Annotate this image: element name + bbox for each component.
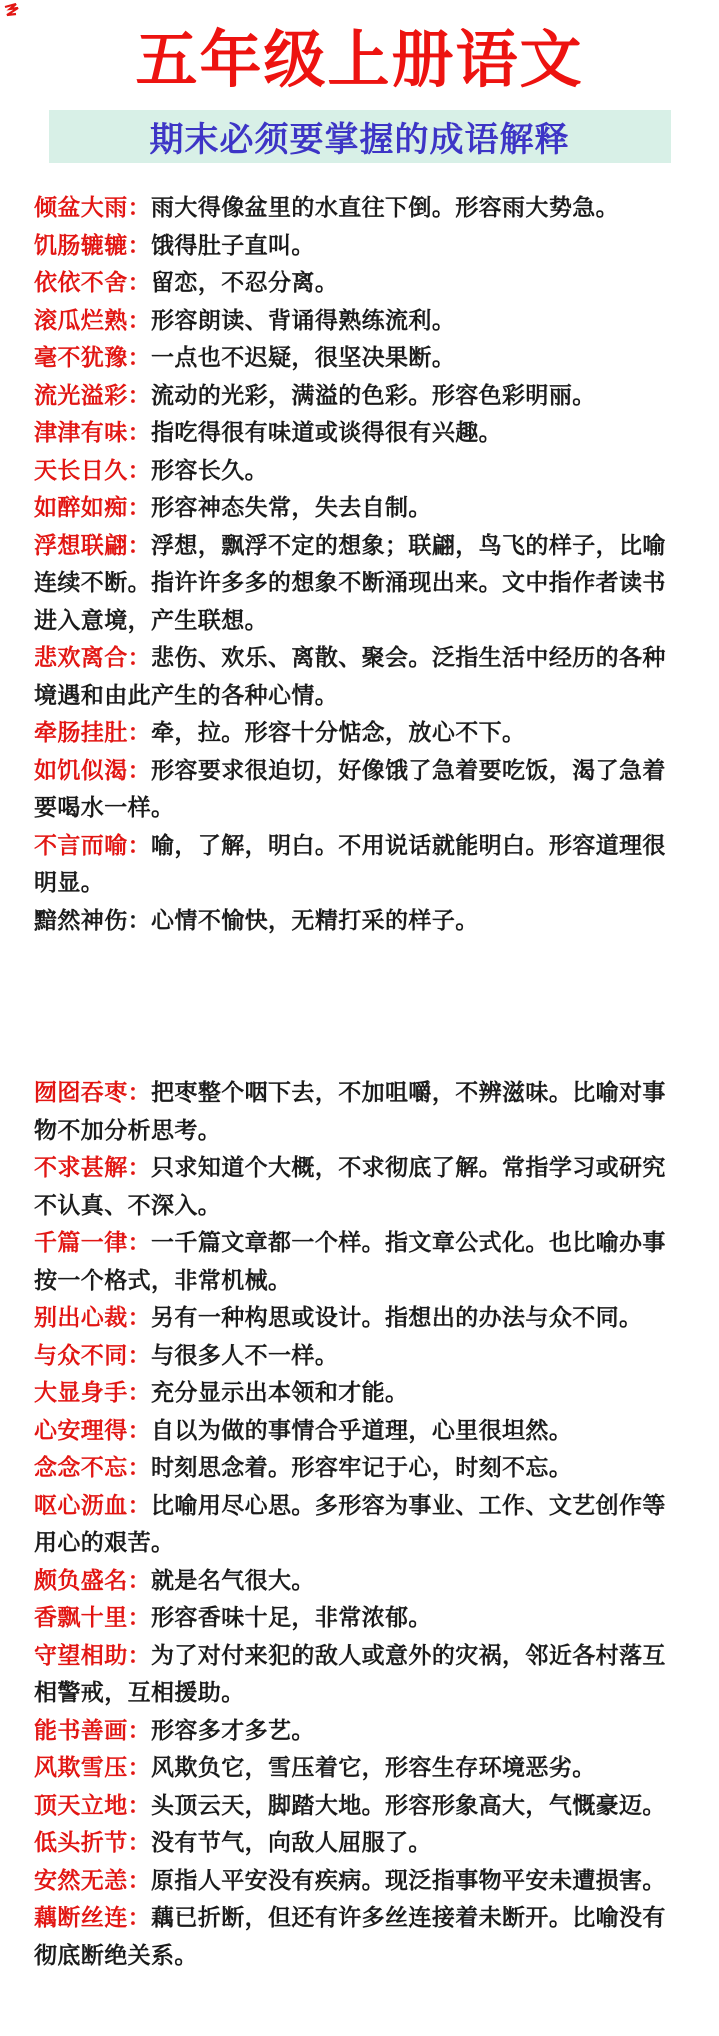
idiom-term-text: 千篇一律 — [34, 1229, 128, 1255]
idiom-term-text: 流光溢彩 — [34, 382, 128, 408]
idiom-definition: 另有一种构思或设计。指想出的办法与众不同。 — [151, 1304, 642, 1330]
idiom-term-colon: ： — [128, 1904, 151, 1930]
idiom-term-colon: ： — [128, 1567, 151, 1593]
idiom-definition: 与很多人不一样。 — [151, 1342, 338, 1368]
idiom-term: 滚瓜烂熟： — [34, 307, 151, 333]
idiom-term: 不言而喻： — [34, 832, 151, 858]
idiom-term-text: 滚瓜烂熟 — [34, 307, 128, 333]
idiom-term: 风欺雪压： — [34, 1754, 151, 1780]
idiom-term-text: 如醉如痴 — [34, 494, 128, 520]
idiom-definition: 充分显示出本领和才能。 — [151, 1379, 408, 1405]
idiom-term: 津津有味： — [34, 419, 151, 445]
idiom-term-colon: ： — [128, 1079, 151, 1105]
idiom-definition: 形容长久。 — [151, 457, 268, 483]
idiom-definition: 风欺负它，雪压着它，形容生存环境恶劣。 — [151, 1754, 596, 1780]
idiom-term-text: 毫不犹豫 — [34, 344, 128, 370]
idiom-term-text: 安然无恙 — [34, 1867, 128, 1893]
idiom-term: 守望相助： — [34, 1642, 151, 1668]
idiom-term-colon: ： — [128, 232, 151, 258]
idiom-term-text: 牵肠挂肚 — [34, 719, 128, 745]
idiom-definition: 时刻思念着。形容牢记于心，时刻不忘。 — [151, 1454, 572, 1480]
idiom-term: 心安理得： — [34, 1417, 151, 1443]
idiom-term-text: 守望相助 — [34, 1642, 128, 1668]
idiom-definition: 雨大得像盆里的水直往下倒。形容雨大势急。 — [151, 194, 619, 220]
idiom-entry: 如醉如痴：形容神态失常，失去自制。 — [34, 489, 685, 527]
idiom-entry: 浮想联翩：浮想，飘浮不定的想象；联翩，鸟飞的样子，比喻连续不断。指许许多多的想象… — [34, 527, 685, 640]
idiom-definition: 就是名气很大。 — [151, 1567, 315, 1593]
idiom-term-text: 能书善画 — [34, 1717, 128, 1743]
idiom-entry: 能书善画：形容多才多艺。 — [34, 1712, 685, 1750]
idiom-term-text: 与众不同 — [34, 1342, 128, 1368]
corner-red-mark-icon — [4, 3, 20, 17]
idiom-term-text: 如饥似渴 — [34, 757, 128, 783]
idiom-term-text: 津津有味 — [34, 419, 128, 445]
idiom-term-colon: ： — [128, 1379, 151, 1405]
idiom-term-colon: ： — [128, 457, 151, 483]
idiom-term-colon: ： — [128, 1492, 151, 1518]
idiom-term-text: 低头折节 — [34, 1829, 128, 1855]
idiom-entry: 千篇一律：一千篇文章都一个样。指文章公式化。也比喻办事按一个格式，非常机械。 — [34, 1224, 685, 1299]
idiom-term-text: 不言而喻 — [34, 832, 128, 858]
idiom-term-colon: ： — [128, 1717, 151, 1743]
idiom-entry: 依依不舍：留恋，不忍分离。 — [34, 264, 685, 302]
idiom-term-text: 浮想联翩 — [34, 532, 128, 558]
idiom-definition: 头顶云天，脚踏大地。形容形象高大，气慨豪迈。 — [151, 1792, 666, 1818]
idiom-term-colon: ： — [128, 719, 151, 745]
idiom-term: 千篇一律： — [34, 1229, 151, 1255]
idiom-entry: 与众不同：与很多人不一样。 — [34, 1337, 685, 1375]
idiom-entry: 低头折节：没有节气，向敌人屈服了。 — [34, 1824, 685, 1862]
idiom-term-text: 不求甚解 — [34, 1154, 128, 1180]
idiom-term-colon: ： — [128, 832, 151, 858]
idiom-term: 大显身手： — [34, 1379, 151, 1405]
idiom-term: 安然无恙： — [34, 1867, 151, 1893]
idiom-term: 念念不忘： — [34, 1454, 151, 1480]
idiom-term-colon: ： — [128, 1792, 151, 1818]
idiom-entry: 香飘十里：形容香味十足，非常浓郁。 — [34, 1599, 685, 1637]
idiom-term-text: 依依不舍 — [34, 269, 128, 295]
idiom-term-colon: ： — [128, 194, 151, 220]
idiom-term-text: 顶天立地 — [34, 1792, 128, 1818]
idiom-term-colon: ： — [128, 1754, 151, 1780]
idiom-entry: 滚瓜烂熟：形容朗读、背诵得熟练流利。 — [34, 302, 685, 340]
idiom-term: 天长日久： — [34, 457, 151, 483]
idiom-entry: 念念不忘：时刻思念着。形容牢记于心，时刻不忘。 — [34, 1449, 685, 1487]
idiom-term-colon: ： — [128, 382, 151, 408]
idiom-definition: 形容多才多艺。 — [151, 1717, 315, 1743]
idiom-definition: 饿得肚子直叫。 — [151, 232, 315, 258]
idiom-entry: 藕断丝连：藕已折断，但还有许多丝连接着未断开。比喻没有彻底断绝关系。 — [34, 1899, 685, 1974]
idiom-term: 如饥似渴： — [34, 757, 151, 783]
idiom-entry: 呕心沥血：比喻用尽心思。多形容为事业、工作、文艺创作等用心的艰苦。 — [34, 1487, 685, 1562]
idiom-entry: 囫囵吞枣：把枣整个咽下去，不加咀嚼，不辨滋味。比喻对事物不加分析思考。 — [34, 1074, 685, 1149]
idiom-term-colon: ： — [128, 1304, 151, 1330]
idiom-entry: 大显身手：充分显示出本领和才能。 — [34, 1374, 685, 1412]
idiom-entry: 不求甚解：只求知道个大概，不求彻底了解。常指学习或研究不认真、不深入。 — [34, 1149, 685, 1224]
worksheet-page: 五年级上册语文 期末必须要掌握的成语解释 倾盆大雨：雨大得像盆里的水直往下倒。形… — [0, 0, 719, 2036]
subtitle-text: 期末必须要掌握的成语解释 — [150, 112, 570, 161]
idiom-term-text: 饥肠辘辘 — [34, 232, 128, 258]
idiom-term-text: 藕断丝连 — [34, 1904, 128, 1930]
idiom-term: 低头折节： — [34, 1829, 151, 1855]
idiom-term: 牵肠挂肚： — [34, 719, 151, 745]
idiom-entry: 津津有味：指吃得很有味道或谈得很有兴趣。 — [34, 414, 685, 452]
idiom-term-text: 香飘十里 — [34, 1604, 128, 1630]
idiom-term: 藕断丝连： — [34, 1904, 151, 1930]
idiom-term-colon: ： — [128, 1342, 151, 1368]
idiom-term-colon: ： — [128, 532, 151, 558]
idiom-definition: 留恋，不忍分离。 — [151, 269, 338, 295]
idiom-term-colon: ： — [128, 1642, 151, 1668]
idiom-definition: 形容香味十足，非常浓郁。 — [151, 1604, 432, 1630]
idiom-term-colon: ： — [128, 644, 151, 670]
subtitle-banner: 期末必须要掌握的成语解释 — [49, 110, 671, 163]
idiom-entry: 毫不犹豫：一点也不迟疑，很坚决果断。 — [34, 339, 685, 377]
idiom-term-text: 心安理得 — [34, 1417, 128, 1443]
idiom-definition: 一点也不迟疑，很坚决果断。 — [151, 344, 455, 370]
idiom-term: 流光溢彩： — [34, 382, 151, 408]
idiom-term-colon: ： — [128, 494, 151, 520]
idiom-definition: 流动的光彩，满溢的色彩。形容色彩明丽。 — [151, 382, 596, 408]
idiom-term: 能书善画： — [34, 1717, 151, 1743]
idiom-entry: 黯然神伤：心情不愉快，无精打采的样子。 — [34, 902, 685, 940]
idiom-term: 饥肠辘辘： — [34, 232, 151, 258]
idiom-term-colon: ： — [128, 269, 151, 295]
page-title: 五年级上册语文 — [0, 26, 719, 96]
idiom-term-text: 黯然神伤 — [34, 907, 128, 933]
idiom-term-text: 别出心裁 — [34, 1304, 128, 1330]
idiom-term-colon: ： — [128, 307, 151, 333]
idiom-term-colon: ： — [128, 907, 151, 933]
idiom-term: 别出心裁： — [34, 1304, 151, 1330]
idiom-term-text: 风欺雪压 — [34, 1754, 128, 1780]
idiom-entry: 不言而喻：喻，了解，明白。不用说话就能明白。形容道理很明显。 — [34, 827, 685, 902]
idiom-definition: 原指人平安没有疾病。现泛指事物平安未遭损害。 — [151, 1867, 666, 1893]
idiom-term: 呕心沥血： — [34, 1492, 151, 1518]
idiom-definition: 心情不愉快，无精打采的样子。 — [151, 907, 479, 933]
idiom-term-colon: ： — [128, 344, 151, 370]
idiom-entry: 饥肠辘辘：饿得肚子直叫。 — [34, 227, 685, 265]
idiom-term-text: 悲欢离合 — [34, 644, 128, 670]
idiom-definition: 自以为做的事情合乎道理，心里很坦然。 — [151, 1417, 572, 1443]
idiom-term-text: 呕心沥血 — [34, 1492, 128, 1518]
idiom-term-colon: ： — [128, 1454, 151, 1480]
idiom-definition: 形容神态失常，失去自制。 — [151, 494, 432, 520]
idiom-term-colon: ： — [128, 1829, 151, 1855]
idiom-definition: 没有节气，向敌人屈服了。 — [151, 1829, 432, 1855]
idiom-entry: 颇负盛名：就是名气很大。 — [34, 1562, 685, 1600]
idiom-term-text: 天长日久 — [34, 457, 128, 483]
idiom-list: 倾盆大雨：雨大得像盆里的水直往下倒。形容雨大势急。饥肠辘辘：饿得肚子直叫。依依不… — [0, 163, 719, 2036]
section-2: 囫囵吞枣：把枣整个咽下去，不加咀嚼，不辨滋味。比喻对事物不加分析思考。不求甚解：… — [34, 1074, 685, 1974]
idiom-term-text: 念念不忘 — [34, 1454, 128, 1480]
idiom-term-text: 囫囵吞枣 — [34, 1079, 128, 1105]
idiom-term-colon: ： — [128, 1154, 151, 1180]
idiom-entry: 牵肠挂肚：牵，拉。形容十分惦念，放心不下。 — [34, 714, 685, 752]
idiom-entry: 流光溢彩：流动的光彩，满溢的色彩。形容色彩明丽。 — [34, 377, 685, 415]
idiom-entry: 悲欢离合：悲伤、欢乐、离散、聚会。泛指生活中经历的各种境遇和由此产生的各种心情。 — [34, 639, 685, 714]
idiom-entry: 顶天立地：头顶云天，脚踏大地。形容形象高大，气慨豪迈。 — [34, 1787, 685, 1825]
idiom-term: 依依不舍： — [34, 269, 151, 295]
idiom-entry: 如饥似渴：形容要求很迫切，好像饿了急着要吃饭，渴了急着要喝水一样。 — [34, 752, 685, 827]
idiom-term: 与众不同： — [34, 1342, 151, 1368]
idiom-term: 浮想联翩： — [34, 532, 151, 558]
idiom-term-text: 颇负盛名 — [34, 1567, 128, 1593]
idiom-term: 囫囵吞枣： — [34, 1079, 151, 1105]
idiom-term: 香飘十里： — [34, 1604, 151, 1630]
idiom-term: 黯然神伤： — [34, 907, 151, 933]
idiom-entry: 天长日久：形容长久。 — [34, 452, 685, 490]
idiom-term: 倾盆大雨： — [34, 194, 151, 220]
idiom-term-colon: ： — [128, 1604, 151, 1630]
idiom-term-colon: ： — [128, 419, 151, 445]
idiom-entry: 倾盆大雨：雨大得像盆里的水直往下倒。形容雨大势急。 — [34, 189, 685, 227]
idiom-entry: 安然无恙：原指人平安没有疾病。现泛指事物平安未遭损害。 — [34, 1862, 685, 1900]
idiom-entry: 守望相助：为了对付来犯的敌人或意外的灾祸，邻近各村落互相警戒，互相援助。 — [34, 1637, 685, 1712]
idiom-term-colon: ： — [128, 1417, 151, 1443]
idiom-entry: 风欺雪压：风欺负它，雪压着它，形容生存环境恶劣。 — [34, 1749, 685, 1787]
idiom-definition: 形容朗读、背诵得熟练流利。 — [151, 307, 455, 333]
idiom-entry: 别出心裁：另有一种构思或设计。指想出的办法与众不同。 — [34, 1299, 685, 1337]
idiom-term: 颇负盛名： — [34, 1567, 151, 1593]
idiom-term-text: 倾盆大雨 — [34, 194, 128, 220]
idiom-term-colon: ： — [128, 1229, 151, 1255]
idiom-definition: 指吃得很有味道或谈得很有兴趣。 — [151, 419, 502, 445]
idiom-term-text: 大显身手 — [34, 1379, 128, 1405]
idiom-term: 如醉如痴： — [34, 494, 151, 520]
idiom-term: 不求甚解： — [34, 1154, 151, 1180]
idiom-term: 悲欢离合： — [34, 644, 151, 670]
idiom-term-colon: ： — [128, 757, 151, 783]
idiom-term: 毫不犹豫： — [34, 344, 151, 370]
section-1: 倾盆大雨：雨大得像盆里的水直往下倒。形容雨大势急。饥肠辘辘：饿得肚子直叫。依依不… — [34, 189, 685, 939]
idiom-entry: 心安理得：自以为做的事情合乎道理，心里很坦然。 — [34, 1412, 685, 1450]
idiom-definition: 牵，拉。形容十分惦念，放心不下。 — [151, 719, 525, 745]
idiom-term-colon: ： — [128, 1867, 151, 1893]
idiom-term: 顶天立地： — [34, 1792, 151, 1818]
